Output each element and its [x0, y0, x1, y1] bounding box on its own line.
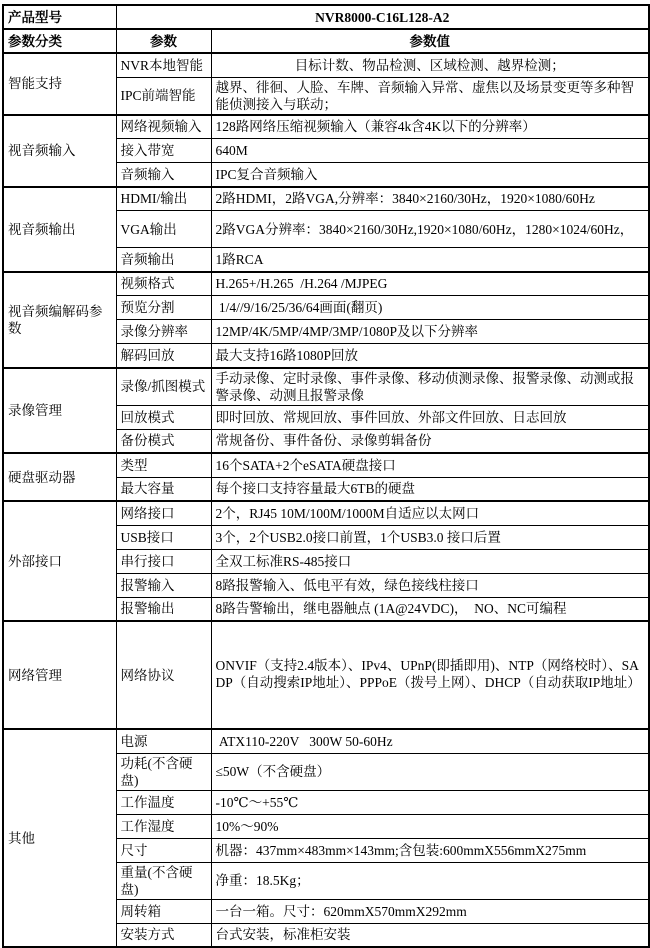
spec-value-cell: 2路VGA分辨率：3840×2160/30Hz,1920×1080/60Hz，1… — [211, 211, 649, 248]
column-header-param: 参数 — [116, 29, 211, 53]
spec-value-cell: 8路报警输入、低电平有效，绿色接线柱接口 — [211, 573, 649, 597]
spec-value-cell: 目标计数、物品检测、区域检测、越界检测； — [211, 53, 649, 77]
spec-param-cell: 回放模式 — [116, 405, 211, 429]
spec-param-cell: 安装方式 — [116, 923, 211, 947]
spec-value-cell: 640M — [211, 139, 649, 163]
spec-param-cell: 网络视频输入 — [116, 115, 211, 139]
spec-param-cell: 功耗(不含硬盘) — [116, 753, 211, 790]
spec-param-cell: 网络协议 — [116, 621, 211, 729]
spec-param-cell: USB接口 — [116, 525, 211, 549]
spec-param-cell: IPC前端智能 — [116, 77, 211, 115]
spec-param-cell: 录像/抓图模式 — [116, 368, 211, 406]
table-row: 视音频输出 HDMI/输出 2路HDMI，2路VGA,分辨率：3840×2160… — [3, 187, 649, 211]
spec-value-cell: 常规备份、事件备份、录像剪辑备份 — [211, 429, 649, 453]
spec-value-cell: 即时回放、常规回放、事件回放、外部文件回放、日志回放 — [211, 405, 649, 429]
spec-value-cell: 一台一箱。尺寸：620mmX570mmX292mm — [211, 899, 649, 923]
table-row: 其他 电源 ATX110-220V 300W 50-60Hz — [3, 729, 649, 753]
spec-value-cell: 12MP/4K/5MP/4MP/3MP/1080P及以下分辨率 — [211, 320, 649, 344]
spec-value-cell: 越界、徘徊、人脸、车牌、音频输入异常、虚焦以及场景变更等多种智能侦测接入与联动； — [211, 77, 649, 115]
column-header-category: 参数分类 — [3, 29, 116, 53]
spec-value-cell: 2个，RJ45 10M/100M/1000M自适应以太网口 — [211, 501, 649, 525]
spec-param-cell: 备份模式 — [116, 429, 211, 453]
spec-param-cell: 报警输出 — [116, 597, 211, 621]
spec-value-cell: 机器：437mm×483mm×143mm;含包装:600mmX556mmX275… — [211, 838, 649, 862]
spec-category-cell: 智能支持 — [3, 53, 116, 115]
spec-value-cell: 1/4//9/16/25/36/64画面(翻页) — [211, 296, 649, 320]
network-protocol-value: ONVIF（支持2.4版本）、IPv4、UPnP(即插即用)、NTP（网络校时）… — [216, 657, 645, 693]
product-model-value: NVR8000-C16L128-A2 — [116, 5, 649, 29]
product-model-row: 产品型号 NVR8000-C16L128-A2 — [3, 5, 649, 29]
spec-param-cell: 预览分割 — [116, 296, 211, 320]
spec-category-cell: 视音频编解码参数 — [3, 272, 116, 368]
table-row: 智能支持 NVR本地智能 目标计数、物品检测、区域检测、越界检测； — [3, 53, 649, 77]
spec-param-cell: 音频输入 — [116, 163, 211, 187]
spec-value-cell: IPC复合音频输入 — [211, 163, 649, 187]
spec-param-cell: 工作湿度 — [116, 814, 211, 838]
spec-category-cell: 网络管理 — [3, 621, 116, 729]
spec-param-cell: 音频输出 — [116, 248, 211, 272]
product-model-label: 产品型号 — [3, 5, 116, 29]
spec-param-cell: 解码回放 — [116, 344, 211, 368]
spec-category-cell: 其他 — [3, 729, 116, 947]
spec-category-cell: 视音频输出 — [3, 187, 116, 272]
spec-category-cell: 外部接口 — [3, 501, 116, 621]
spec-param-cell: 报警输入 — [116, 573, 211, 597]
spec-param-cell: HDMI/输出 — [116, 187, 211, 211]
spec-param-cell: 电源 — [116, 729, 211, 753]
spec-param-cell: 接入带宽 — [116, 139, 211, 163]
spec-param-cell: 类型 — [116, 453, 211, 477]
spec-value-cell: 10%～90% — [211, 814, 649, 838]
spec-value-cell: ONVIF（支持2.4版本）、IPv4、UPnP(即插即用)、NTP（网络校时）… — [211, 621, 649, 729]
spec-param-cell: 串行接口 — [116, 549, 211, 573]
table-row: 硬盘驱动器 类型 16个SATA+2个eSATA硬盘接口 — [3, 453, 649, 477]
table-row: 视音频编解码参数 视频格式 H.265+/H.265 /H.264 /MJPEG — [3, 272, 649, 296]
spec-category-cell: 硬盘驱动器 — [3, 453, 116, 501]
spec-value-cell: 全双工标准RS-485接口 — [211, 549, 649, 573]
spec-value-cell: 3个，2个USB2.0接口前置，1个USB3.0 接口后置 — [211, 525, 649, 549]
spec-value-cell: ≤50W（不含硬盘） — [211, 753, 649, 790]
spec-value-cell: 手动录像、定时录像、事件录像、移动侦测录像、报警录像、动测或报警录像、动测且报警… — [211, 368, 649, 406]
column-header-value: 参数值 — [211, 29, 649, 53]
spec-value-cell: ATX110-220V 300W 50-60Hz — [211, 729, 649, 753]
spec-param-cell: 周转箱 — [116, 899, 211, 923]
spec-value-cell: 每个接口支持容量最大6TB的硬盘 — [211, 477, 649, 501]
spec-value-cell: -10℃～+55℃ — [211, 790, 649, 814]
spec-category-cell: 录像管理 — [3, 368, 116, 454]
spec-param-cell: 尺寸 — [116, 838, 211, 862]
spec-param-cell: 最大容量 — [116, 477, 211, 501]
spec-param-cell: 网络接口 — [116, 501, 211, 525]
spec-param-cell: 重量(不含硬盘) — [116, 862, 211, 899]
spec-value-cell: 2路HDMI，2路VGA,分辨率：3840×2160/30Hz，1920×108… — [211, 187, 649, 211]
spec-value-cell: 8路告警输出，继电器触点 (1A@24VDC)， NO、NC可编程 — [211, 597, 649, 621]
table-row: 外部接口 网络接口 2个，RJ45 10M/100M/1000M自适应以太网口 — [3, 501, 649, 525]
table-row: 录像管理 录像/抓图模式 手动录像、定时录像、事件录像、移动侦测录像、报警录像、… — [3, 368, 649, 406]
spec-value-cell: 1路RCA — [211, 248, 649, 272]
spec-value-cell: 净重：18.5Kg； — [211, 862, 649, 899]
spec-param-cell: 录像分辨率 — [116, 320, 211, 344]
spec-value-cell: 台式安装，标准柜安装 — [211, 923, 649, 947]
spec-value-cell: 128路网络压缩视频输入（兼容4k含4K以下的分辨率） — [211, 115, 649, 139]
table-row: 视音频输入 网络视频输入 128路网络压缩视频输入（兼容4k含4K以下的分辨率） — [3, 115, 649, 139]
spec-param-cell: 视频格式 — [116, 272, 211, 296]
spec-value-cell: H.265+/H.265 /H.264 /MJPEG — [211, 272, 649, 296]
spec-table: 产品型号 NVR8000-C16L128-A2 参数分类 参数 参数值 智能支持… — [2, 4, 650, 948]
spec-param-cell: 工作温度 — [116, 790, 211, 814]
spec-category-cell: 视音频输入 — [3, 115, 116, 187]
spec-value-cell: 最大支持16路1080P回放 — [211, 344, 649, 368]
spec-param-cell: VGA输出 — [116, 211, 211, 248]
spec-param-cell: NVR本地智能 — [116, 53, 211, 77]
spec-value-cell: 16个SATA+2个eSATA硬盘接口 — [211, 453, 649, 477]
table-row: 网络管理 网络协议 ONVIF（支持2.4版本）、IPv4、UPnP(即插即用)… — [3, 621, 649, 729]
column-header-row: 参数分类 参数 参数值 — [3, 29, 649, 53]
